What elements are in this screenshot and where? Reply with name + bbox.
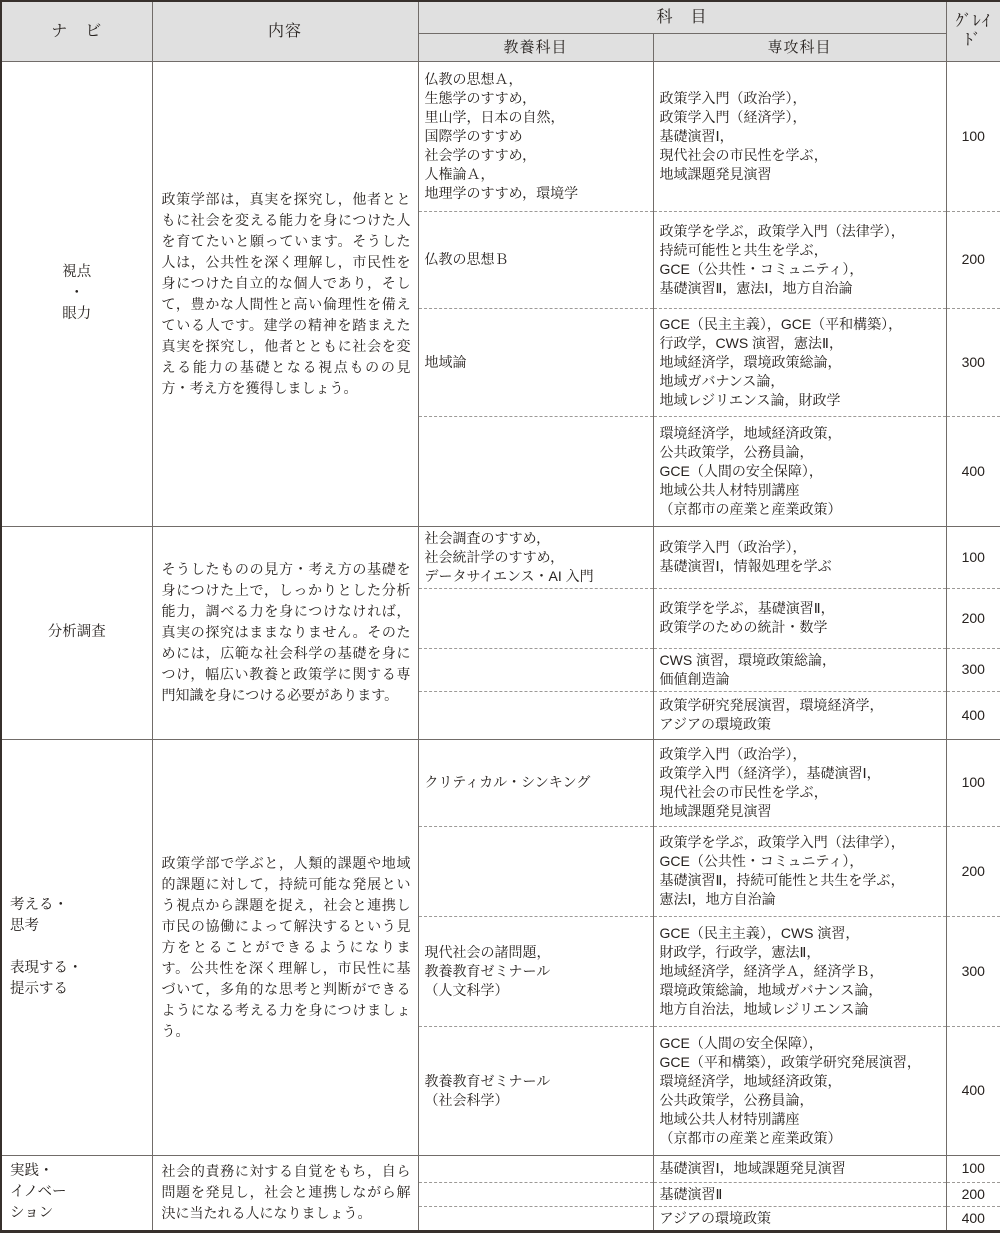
liberal-subjects-cell: 現代社会の諸問題， 教養教育ゼミナール （人文科学） xyxy=(418,916,653,1026)
grade-cell: 100 xyxy=(946,526,1000,588)
grade-cell: 400 xyxy=(946,1026,1000,1155)
content-cell: 政策学部は，真実を探究し，他者とともに社会を変える能力を身につけた人を育てたいと… xyxy=(152,61,418,526)
grade-cell: 100 xyxy=(946,739,1000,826)
grade-cell: 200 xyxy=(946,1182,1000,1206)
grade-cell: 400 xyxy=(946,416,1000,526)
header-content: 内容 xyxy=(152,1,418,61)
liberal-subjects-cell xyxy=(418,1206,653,1231)
major-subjects-cell: 基礎演習Ⅱ xyxy=(653,1182,946,1206)
liberal-subjects-cell xyxy=(418,588,653,648)
liberal-subjects-cell: 社会調査のすすめ， 社会統計学のすすめ， データサイエンス・AI 入門 xyxy=(418,526,653,588)
navi-cell-thinking: 考える・ 思考 表現する・ 提示する xyxy=(1,739,152,1155)
table-row: 考える・ 思考 表現する・ 提示する 政策学部で学ぶと，人類的課題や地域的課題に… xyxy=(1,739,1000,826)
table-row: 実践・ イノベー ション 社会的責務に対する自覚をもち，自ら問題を発見し，社会と… xyxy=(1,1155,1000,1182)
grade-cell: 200 xyxy=(946,211,1000,308)
major-subjects-cell: GCE（民主主義），CWS 演習， 財政学，行政学，憲法Ⅱ， 地域経済学，経済学… xyxy=(653,916,946,1026)
header-row-1: ナ ビ 内容 科 目 ｸﾞﾚｲﾄﾞ xyxy=(1,1,1000,33)
major-subjects-cell: GCE（人間の安全保障）， GCE（平和構築），政策学研究発展演習， 環境経済学… xyxy=(653,1026,946,1155)
liberal-subjects-cell: 仏教の思想Ａ， 生態学のすすめ， 里山学，日本の自然， 国際学のすすめ 社会学の… xyxy=(418,61,653,211)
liberal-subjects-cell xyxy=(418,1155,653,1182)
liberal-subjects-cell xyxy=(418,416,653,526)
curriculum-map-table: ナ ビ 内容 科 目 ｸﾞﾚｲﾄﾞ 教養科目 専攻科目 視点 ・ 眼力 政策学部… xyxy=(0,0,1000,1233)
grade-cell: 100 xyxy=(946,1155,1000,1182)
grade-cell: 200 xyxy=(946,588,1000,648)
liberal-subjects-cell: 仏教の思想Ｂ xyxy=(418,211,653,308)
major-subjects-cell: 政策学入門（政治学）， 基礎演習Ⅰ，情報処理を学ぶ xyxy=(653,526,946,588)
header-liberal-subjects: 教養科目 xyxy=(418,33,653,61)
navi-cell-analysis: 分析調査 xyxy=(1,526,152,739)
major-subjects-cell: 政策学を学ぶ，基礎演習Ⅱ， 政策学のための統計・数学 xyxy=(653,588,946,648)
major-subjects-cell: 政策学を学ぶ，政策学入門（法律学）， 持続可能性と共生を学ぶ， GCE（公共性・… xyxy=(653,211,946,308)
grade-cell: 400 xyxy=(946,691,1000,739)
major-subjects-cell: CWS 演習，環境政策総論， 価値創造論 xyxy=(653,648,946,691)
navi-cell-practice: 実践・ イノベー ション xyxy=(1,1155,152,1231)
liberal-subjects-cell xyxy=(418,1182,653,1206)
grade-cell: 300 xyxy=(946,916,1000,1026)
header-major-subjects: 専攻科目 xyxy=(653,33,946,61)
table-row: 視点 ・ 眼力 政策学部は，真実を探究し，他者とともに社会を変える能力を身につけ… xyxy=(1,61,1000,211)
grade-cell: 100 xyxy=(946,61,1000,211)
major-subjects-cell: 環境経済学，地域経済政策， 公共政策学，公務員論， GCE（人間の安全保障）， … xyxy=(653,416,946,526)
major-subjects-cell: 政策学入門（政治学）， 政策学入門（経済学）， 基礎演習Ⅰ， 現代社会の市民性を… xyxy=(653,61,946,211)
grade-cell: 400 xyxy=(946,1206,1000,1231)
major-subjects-cell: 政策学入門（政治学）， 政策学入門（経済学），基礎演習Ⅰ， 現代社会の市民性を学… xyxy=(653,739,946,826)
grade-cell: 300 xyxy=(946,308,1000,416)
liberal-subjects-cell: 教養教育ゼミナール （社会科学） xyxy=(418,1026,653,1155)
major-subjects-cell: 政策学を学ぶ，政策学入門（法律学）， GCE（公共性・コミュニティ）， 基礎演習… xyxy=(653,826,946,916)
liberal-subjects-cell xyxy=(418,691,653,739)
major-subjects-cell: 基礎演習Ⅰ，地域課題発見演習 xyxy=(653,1155,946,1182)
header-grade: ｸﾞﾚｲﾄﾞ xyxy=(946,1,1000,61)
major-subjects-cell: GCE（民主主義），GCE（平和構築）， 行政学，CWS 演習，憲法Ⅱ， 地域経… xyxy=(653,308,946,416)
grade-cell: 300 xyxy=(946,648,1000,691)
grade-cell: 200 xyxy=(946,826,1000,916)
liberal-subjects-cell xyxy=(418,648,653,691)
header-navi: ナ ビ xyxy=(1,1,152,61)
liberal-subjects-cell: 地域論 xyxy=(418,308,653,416)
table-row: 分析調査 そうしたものの見方・考え方の基礎を身につけた上で，しっかりとした分析能… xyxy=(1,526,1000,588)
liberal-subjects-cell: クリティカル・シンキング xyxy=(418,739,653,826)
navi-cell-perspective: 視点 ・ 眼力 xyxy=(1,61,152,526)
content-cell: 政策学部で学ぶと，人類的課題や地域的課題に対して，持続可能な発展という視点から課… xyxy=(152,739,418,1155)
major-subjects-cell: アジアの環境政策 xyxy=(653,1206,946,1231)
major-subjects-cell: 政策学研究発展演習，環境経済学， アジアの環境政策 xyxy=(653,691,946,739)
liberal-subjects-cell xyxy=(418,826,653,916)
content-cell: 社会的責務に対する自覚をもち，自ら問題を発見し，社会と連携しながら解決に当たれる… xyxy=(152,1155,418,1231)
content-cell: そうしたものの見方・考え方の基礎を身につけた上で，しっかりとした分析能力，調べる… xyxy=(152,526,418,739)
header-subjects: 科 目 xyxy=(418,1,946,33)
